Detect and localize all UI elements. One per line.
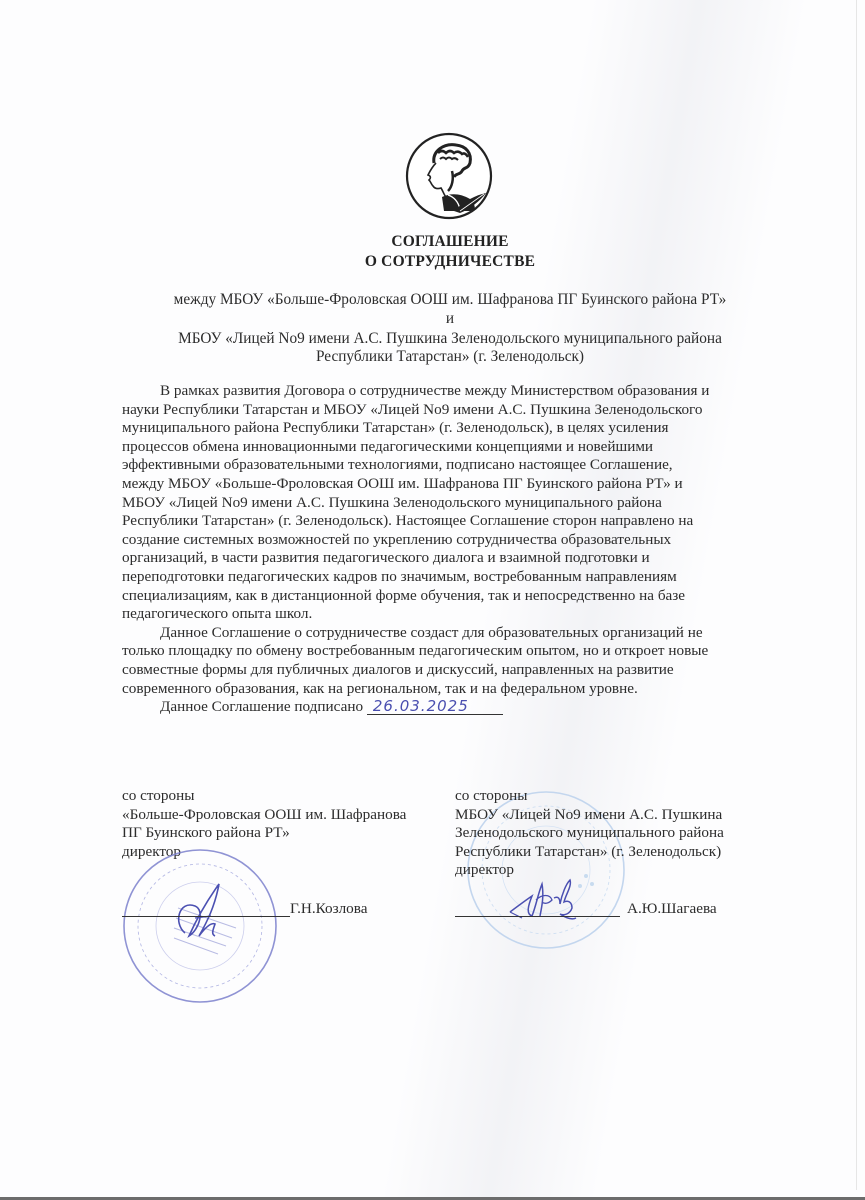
paragraph-1-line: специализациям, как в дистанционной форм… (122, 587, 762, 606)
paragraph-1-line: МБОУ «Лицей No9 имени А.С. Пушкина Зелен… (122, 494, 762, 513)
parties-line-3: МБОУ «Лицей No9 имени А.С. Пушкина Зелен… (0, 330, 865, 348)
right-handwritten-signature (506, 876, 596, 928)
paragraph-1-line: между МБОУ «Больше-Фроловская ООШ им. Ша… (122, 475, 762, 494)
right-signatory-block: со стороны МБОУ «Лицей No9 имени А.С. Пу… (455, 787, 724, 880)
signed-date-field: 26.03.2025 (367, 698, 503, 715)
document-title-line1: СОГЛАШЕНИЕ (0, 233, 865, 251)
right-signatory-name: А.Ю.Шагаева (627, 900, 717, 918)
right-org-line2: Зеленодольского муниципального района (455, 824, 724, 843)
right-org-line3: Республики Татарстан» (г. Зеленодольск) (455, 843, 724, 862)
paragraph-1-line: эффективными образовательными технология… (122, 456, 762, 475)
agreement-body: В рамках развития Договора о сотрудничес… (122, 382, 762, 717)
paragraph-1-line: организаций, в части развития педагогиче… (122, 549, 762, 568)
pushkin-emblem-icon (404, 131, 494, 221)
paragraph-1-line: процессов обмена инновационными педагоги… (122, 438, 762, 457)
paragraph-1-line: переподготовки педагогических кадров по … (122, 568, 762, 587)
paragraph-1-line: педагогического опыта школ. (122, 605, 762, 624)
paragraph-2-line: современного образования, как на региона… (122, 680, 762, 699)
left-org-line1: «Больше-Фроловская ООШ им. Шафранова (122, 806, 406, 825)
paragraph-2-line: только площадку по обмену востребованным… (122, 642, 762, 661)
right-org-line1: МБОУ «Лицей No9 имени А.С. Пушкина (455, 806, 724, 825)
right-side-label: со стороны (455, 787, 724, 806)
paragraph-1-line: В рамках развития Договора о сотрудничес… (122, 382, 762, 401)
signed-date-line: Данное Соглашение подписано 26.03.2025 (122, 698, 762, 717)
left-org-line2: ПГ Буинского района РТ» (122, 824, 406, 843)
left-side-label: со стороны (122, 787, 406, 806)
paragraph-1-line: муниципального района Республики Татарст… (122, 419, 762, 438)
paragraph-2-line: совместные формы для публичных диалогов … (122, 661, 762, 680)
right-signature-line (455, 916, 620, 917)
document-title-line2: О СОТРУДНИЧЕСТВЕ (0, 253, 865, 271)
signed-label: Данное Соглашение подписано (160, 698, 363, 715)
parties-line-4: Республики Татарстан» (г. Зеленодольск) (0, 348, 865, 366)
paragraph-1-line: создание системных возможностей по укреп… (122, 531, 762, 550)
left-handwritten-signature (165, 878, 245, 948)
paragraph-1-line: науки Республики Татарстан и МБОУ «Лицей… (122, 401, 762, 420)
left-signatory-name: Г.Н.Козлова (290, 900, 367, 918)
paragraph-2-line: Данное Соглашение о сотрудничестве созда… (122, 624, 762, 643)
parties-line-2: и (0, 310, 865, 328)
paragraph-1-line: Республики Татарстан» (г. Зеленодольск).… (122, 512, 762, 531)
parties-line-1: между МБОУ «Больше-Фроловская ООШ им. Ша… (0, 291, 865, 309)
page-edge-right (856, 0, 857, 1190)
left-signature-line (122, 916, 290, 917)
